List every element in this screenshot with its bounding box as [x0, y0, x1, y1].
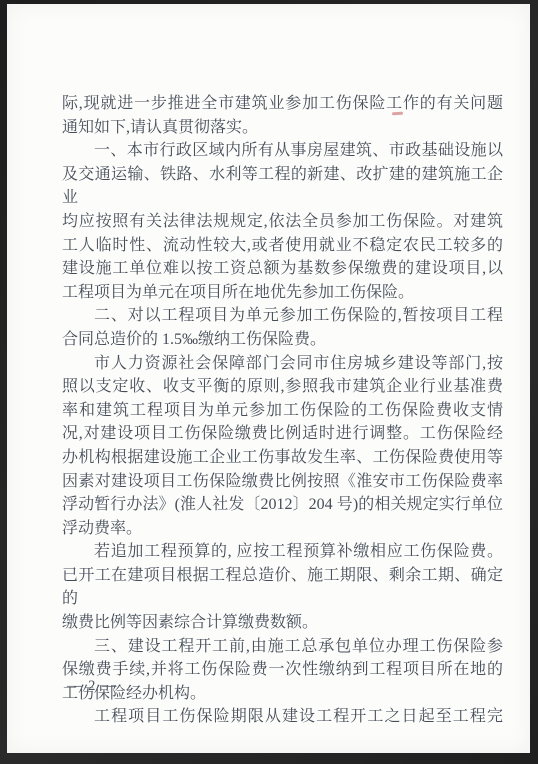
text-line: 三、建设工程开工前,由施工总承包单位办理工伤保险参 [62, 635, 503, 659]
text-line: 市人力资源社会保障部门会同市住房城乡建设等部门,按 [62, 352, 503, 376]
text-line: 工伤保险经办机构。 [62, 682, 503, 706]
text-line: 照以支定收、收支平衡的原则,参照我市建筑企业行业基准费 [62, 375, 503, 399]
document-body: 际,现就进一步推进全市建筑业参加工伤保险工作的有关问题 通知如下,请认真贯彻落实… [62, 92, 503, 729]
text-line: 浮动暂行办法》(淮人社发〔2012〕204 号)的相关规定实行单位 [62, 493, 503, 517]
text-line: 保缴费手续,并将工伤保险费一次性缴纳到工程项目所在地的 [62, 658, 503, 682]
text-line: 通知如下,请认真贯彻落实。 [62, 116, 503, 140]
text-line: 合同总造价的 1.5‰缴纳工伤保险费。 [62, 328, 503, 352]
text-line: 工程项目工伤保险期限从建设工程开工之日起至工程完 [62, 705, 503, 729]
text-line: 均应按照有关法律法规规定,依法全员参加工伤保险。对建筑 [62, 210, 503, 234]
text-line: 已开工在建项目根据工程总造价、施工期限、剩余工期、确定的 [62, 564, 503, 611]
text-line: 率和建筑工程项目为单元参加工伤保险的工伤保险费收支情 [62, 399, 503, 423]
text-line: 浮动费率。 [62, 517, 503, 541]
text-line: 建设施工单位难以按工资总额为基数参保缴费的建设项目,以 [62, 257, 503, 281]
scan-background: 际,现就进一步推进全市建筑业参加工伤保险工作的有关问题 通知如下,请认真贯彻落实… [0, 0, 538, 764]
text-line: 二、对以工程项目为单元参加工伤保险的,暂按项目工程 [62, 304, 503, 328]
text-line: 际,现就进一步推进全市建筑业参加工伤保险工作的有关问题 [62, 92, 503, 116]
text-line: 若追加工程预算的, 应按工程预算补缴相应工伤保险费。 [62, 540, 503, 564]
text-line: 工人临时性、流动性较大,或者使用就业不稳定农民工较多的 [62, 234, 503, 258]
text-line: 一、本市行政区域内所有从事房屋建筑、市政基础设施以 [62, 139, 503, 163]
document-page: 际,现就进一步推进全市建筑业参加工伤保险工作的有关问题 通知如下,请认真贯彻落实… [7, 4, 530, 753]
text-line: 及交通运输、铁路、水利等工程的新建、改扩建的建筑施工企业 [62, 163, 503, 210]
red-annotation-mark [392, 112, 403, 116]
page-number: — 2 — [67, 678, 118, 695]
text-line: 因素对建设项目工伤保险缴费比例按照《淮安市工伤保险费率 [62, 470, 503, 494]
text-line: 办机构根据建设施工企业工伤事故发生率、工伤保险费使用等 [62, 446, 503, 470]
text-line: 况,对建设项目工伤保险缴费比例适时进行调整。工伤保险经 [62, 422, 503, 446]
text-line: 缴费比例等因素综合计算缴费数额。 [62, 611, 503, 635]
text-line: 工程项目为单元在项目所在地优先参加工伤保险。 [62, 281, 503, 305]
